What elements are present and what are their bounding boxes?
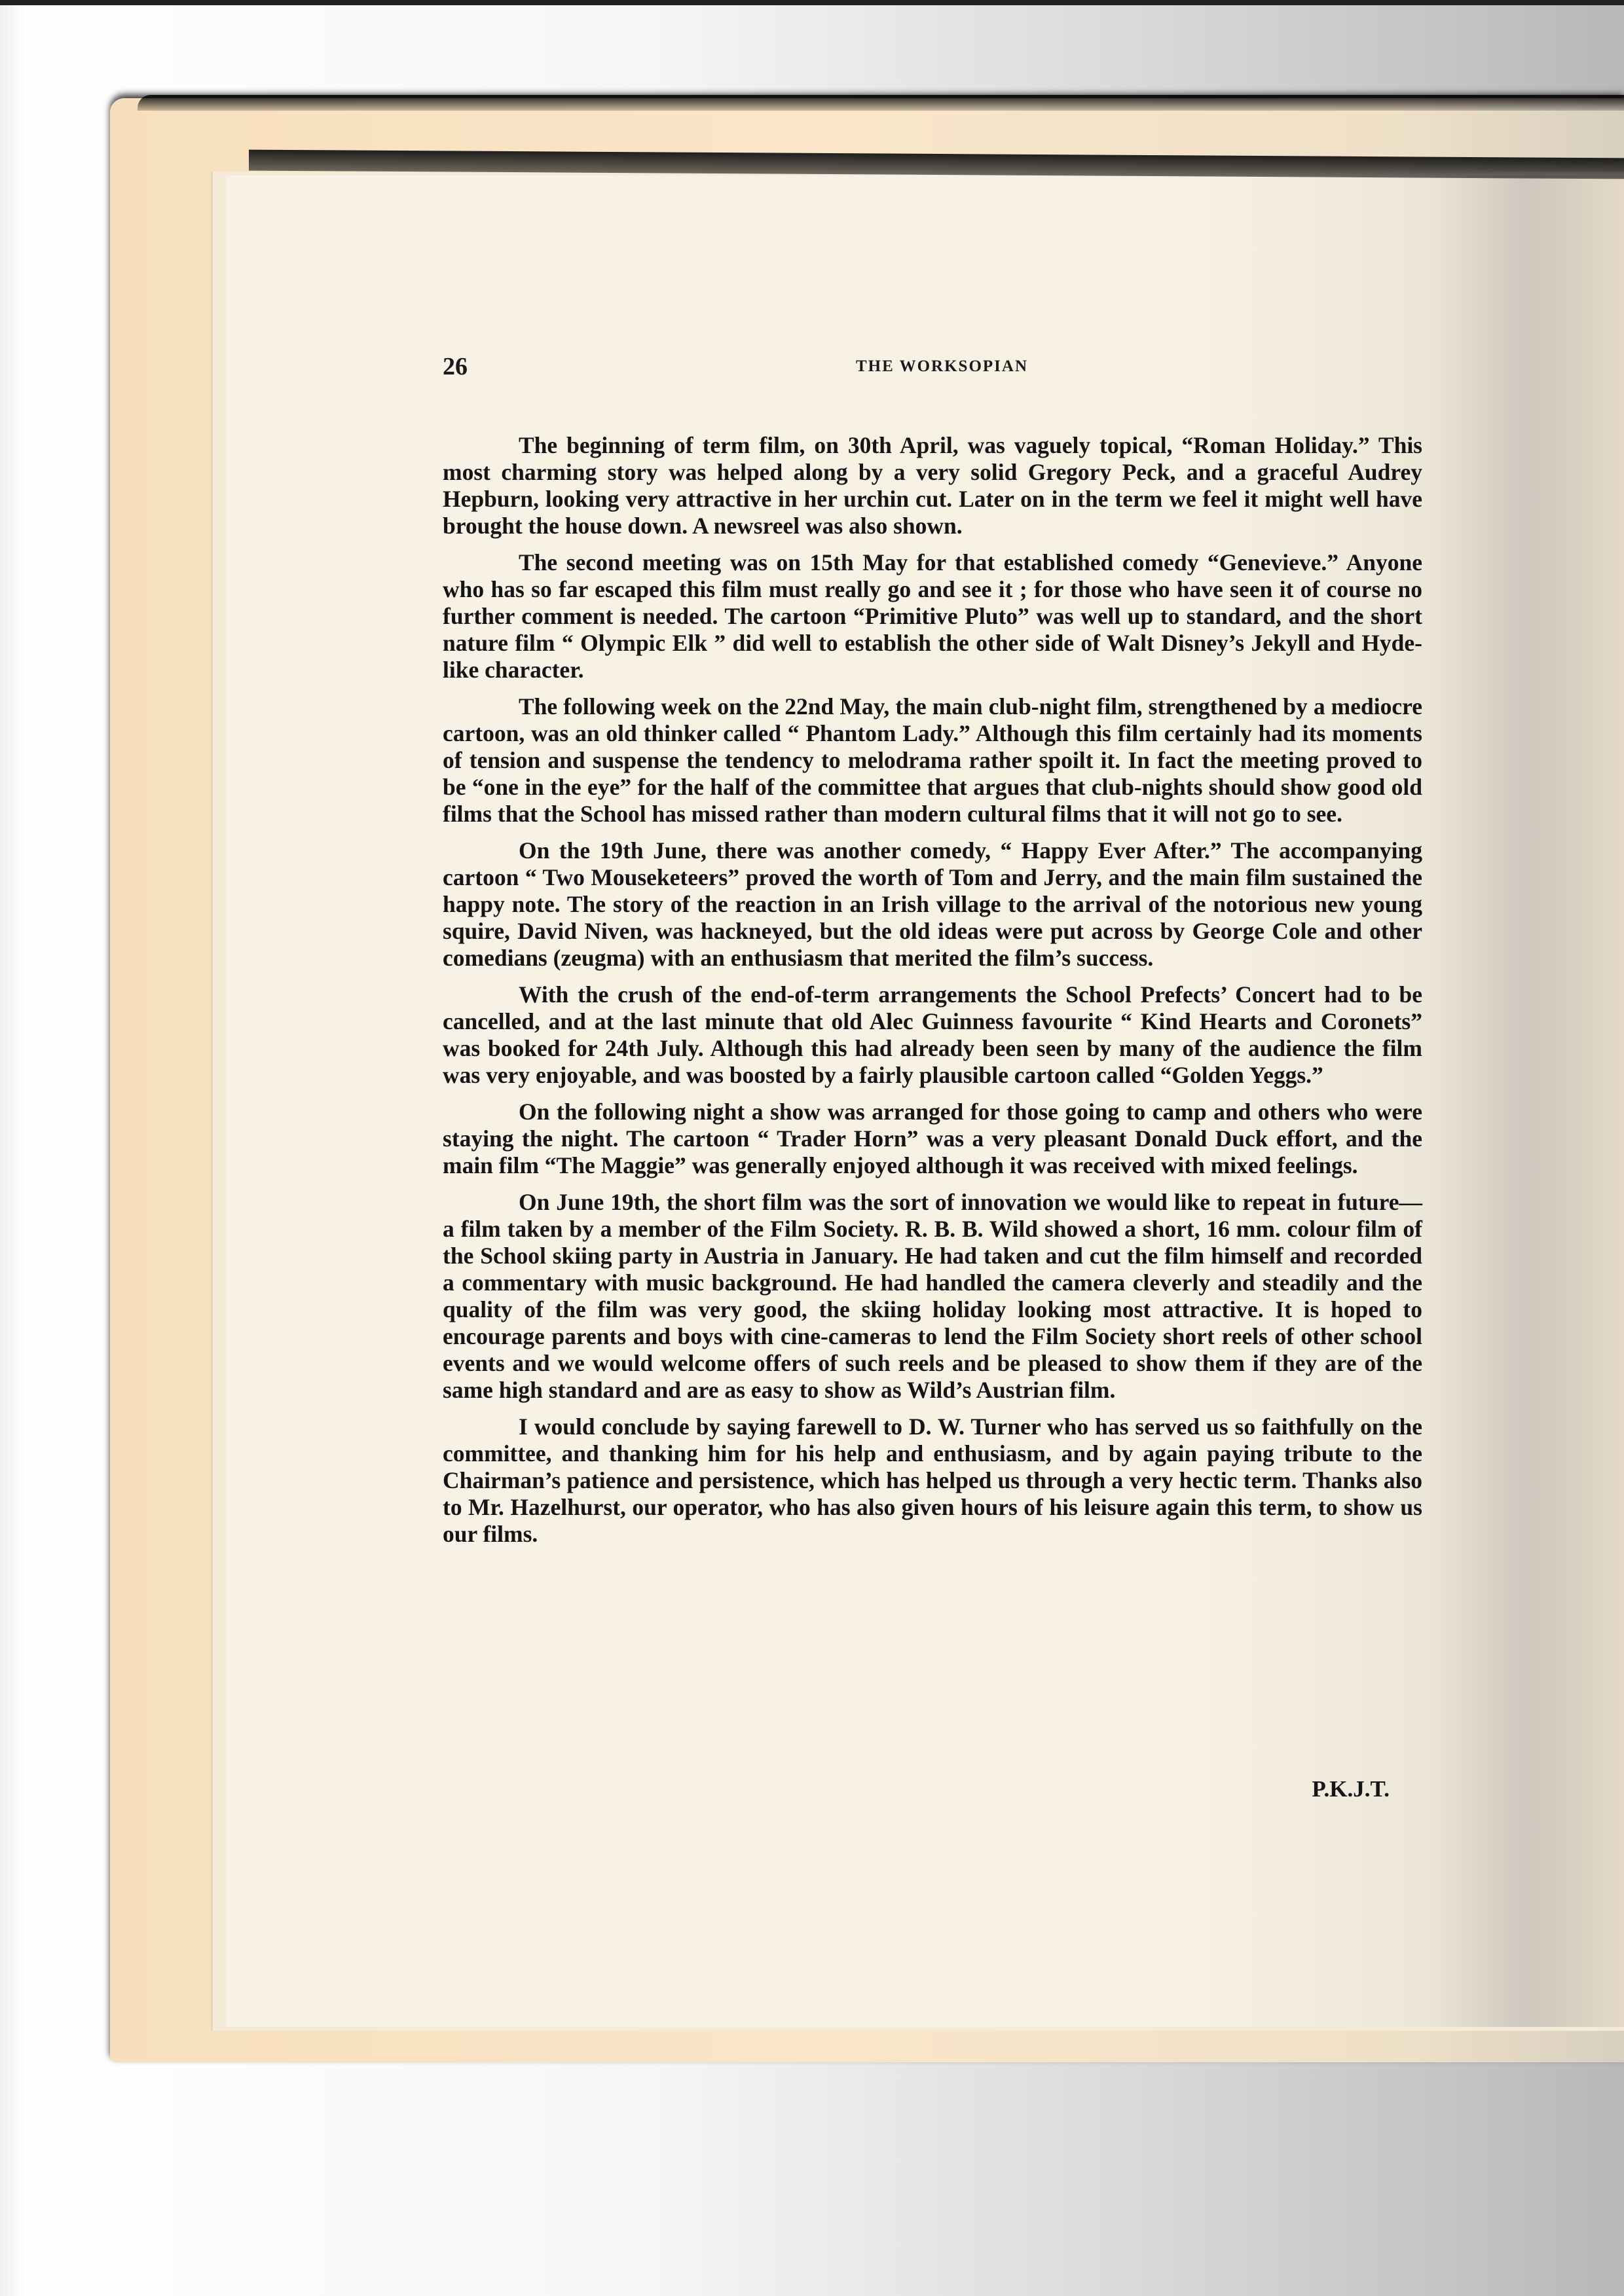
paragraph-ski-film: On June 19th, the short film was the sor…: [443, 1189, 1422, 1404]
paragraph-kind-hearts: With the crush of the end-of-term arrang…: [443, 981, 1422, 1089]
scanner-margin: [0, 5, 26, 2296]
article-body: The beginning of term film, on 30th Apri…: [443, 432, 1422, 1558]
paragraph-the-maggie: On the following night a show was arrang…: [443, 1099, 1422, 1179]
paragraph-happy-ever-after: On the 19th June, there was another come…: [443, 837, 1422, 972]
page-header: 26 THE WORKSOPIAN: [443, 352, 1441, 385]
running-title: THE WORKSOPIAN: [443, 357, 1441, 376]
scanner-edge: [0, 0, 1624, 5]
paragraph-roman-holiday: The beginning of term film, on 30th Apri…: [443, 432, 1422, 539]
cover-shadow: [138, 95, 1624, 111]
paragraph-conclusion: I would conclude by saying farewell to D…: [443, 1413, 1422, 1548]
paragraph-genevieve: The second meeting was on 15th May for t…: [443, 549, 1422, 683]
author-signature: P.K.J.T.: [443, 1776, 1390, 1802]
paragraph-phantom-lady: The following week on the 22nd May, the …: [443, 693, 1422, 828]
